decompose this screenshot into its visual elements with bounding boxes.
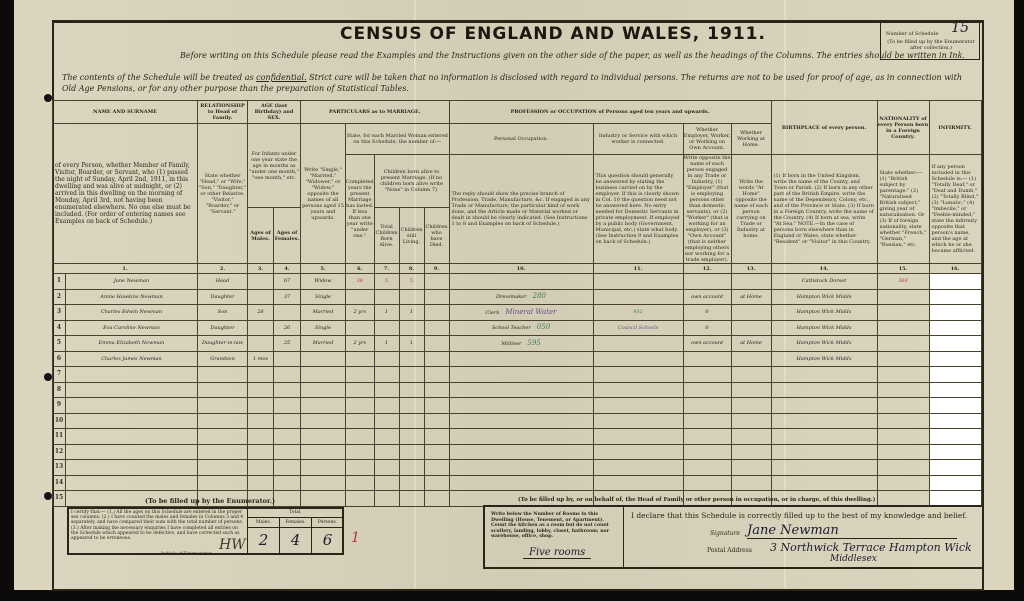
infirmity-cell	[929, 460, 981, 476]
marital-status-cell	[301, 460, 346, 476]
census-table: NAME AND SURNAME RELATIONSHIP to Head of…	[52, 100, 982, 507]
marital-status-cell	[301, 367, 346, 383]
age-male-cell	[248, 289, 274, 305]
postal-address-line1: 3 Northwick Terrace Hampton Wick	[770, 541, 972, 554]
working-at-home-cell	[731, 475, 771, 491]
name-cell: Annie Hawkins Newman	[66, 289, 198, 305]
employer-status-cell	[683, 444, 731, 460]
nationality-cell	[877, 305, 929, 321]
children-total-cell	[374, 382, 399, 398]
column-number: 14.	[771, 264, 877, 274]
occupation-text: Clerk	[486, 310, 500, 316]
postal-address-label: Postal Address	[707, 547, 752, 554]
children-living-cell	[399, 460, 424, 476]
age-male-cell	[248, 429, 274, 445]
marital-status-cell	[301, 413, 346, 429]
header-industry: Industry or Service with which worker is…	[593, 124, 683, 155]
children-total-cell: 5	[374, 274, 399, 290]
relationship-cell	[198, 444, 248, 460]
years-married-cell: 2 yrs	[346, 336, 375, 352]
occupation-cell: ClerkMineral Water	[449, 305, 593, 321]
row-number: 14	[53, 475, 66, 491]
table-row: 8	[53, 382, 982, 398]
name-cell	[66, 382, 198, 398]
employer-status-cell	[683, 429, 731, 445]
age-female-cell: 25	[274, 336, 301, 352]
years-married-cell	[346, 367, 375, 383]
relationship-cell: Son	[198, 305, 248, 321]
occupation-code: 050	[537, 323, 550, 331]
infirmity-cell	[929, 475, 981, 491]
persons-label: Persons.	[312, 518, 343, 528]
name-cell: Jane Newman	[66, 274, 198, 290]
name-cell: Eva Caroline Newman	[66, 320, 198, 336]
header-nationality: NATIONALITY of every Person born in a Fo…	[877, 101, 929, 155]
row-number: 10	[53, 413, 66, 429]
birthplace-cell: Hampton Wick Middx	[771, 336, 877, 352]
working-at-home-cell	[731, 305, 771, 321]
age-female-cell	[274, 429, 301, 445]
industry-cell	[593, 351, 683, 367]
desc-years-married: Completed years the present Marriage has…	[346, 155, 375, 264]
employer-status-cell	[683, 398, 731, 414]
column-number: 5.	[301, 264, 346, 274]
name-cell: Charles Edwin Newman	[66, 305, 198, 321]
nationality-cell	[877, 491, 929, 507]
enumerator-section-title: (To be filled up by the Enumerator.)	[145, 497, 275, 505]
row-number: 1	[53, 274, 66, 290]
desc-infirmity: If any person included in this Schedule …	[929, 155, 981, 264]
table-row: 9	[53, 398, 982, 414]
infirmity-cell	[929, 351, 981, 367]
working-at-home-cell: at Home	[731, 336, 771, 352]
header-employer: Whether Employer, Worker, or Working on …	[683, 124, 731, 155]
industry-cell: 932	[593, 305, 683, 321]
infirmity-cell	[929, 444, 981, 460]
signature-value: Jane Newman	[747, 523, 957, 539]
infirmity-cell	[929, 274, 981, 290]
relationship-cell: Daughter-in-law	[198, 336, 248, 352]
industry-cell	[593, 460, 683, 476]
working-at-home-cell	[731, 460, 771, 476]
children-died-cell	[424, 475, 449, 491]
name-cell: Emma Elizabeth Newman	[66, 336, 198, 352]
working-at-home-cell	[731, 351, 771, 367]
row-number: 9	[53, 398, 66, 414]
desc-marriage-write: Write "Single," "Married," "Widower," or…	[301, 124, 346, 264]
industry-cell	[593, 444, 683, 460]
column-number: 13.	[731, 264, 771, 274]
children-total-cell	[374, 351, 399, 367]
punch-hole	[44, 492, 52, 500]
table-row: 11	[53, 429, 982, 445]
signature-label: Signature	[710, 530, 740, 537]
age-female-cell	[274, 444, 301, 460]
marital-status-cell: Married	[301, 336, 346, 352]
confidential-notice: The contents of the Schedule will be tre…	[62, 72, 962, 94]
working-at-home-cell	[731, 444, 771, 460]
table-row: 13	[53, 460, 982, 476]
row-number: 11	[53, 429, 66, 445]
header-marriage: PARTICULARS as to MARRIAGE.	[301, 101, 450, 124]
marital-status-cell	[301, 444, 346, 460]
header-birthplace: BIRTHPLACE of every person.	[771, 101, 877, 155]
desc-industry: This question should generally be answer…	[593, 155, 683, 264]
years-married-cell	[346, 289, 375, 305]
birthplace-cell: Hampton Wick Midds	[771, 320, 877, 336]
age-female-cell	[274, 398, 301, 414]
children-total-cell	[374, 398, 399, 414]
name-cell	[66, 460, 198, 476]
children-living-cell	[399, 429, 424, 445]
header-children-died: Children who have Died.	[424, 208, 449, 264]
employer-status-cell	[683, 274, 731, 290]
relationship-cell	[198, 367, 248, 383]
header-ages-males: Ages of Males.	[248, 208, 274, 264]
children-died-cell	[424, 398, 449, 414]
years-married-cell	[346, 398, 375, 414]
years-married-cell	[346, 460, 375, 476]
working-at-home-cell	[731, 429, 771, 445]
birthplace-cell: Cattistock Dorset	[771, 274, 877, 290]
infirmity-cell	[929, 367, 981, 383]
employer-status-cell	[683, 351, 731, 367]
schedule-number-note: (To be filled up by the Enumerator after…	[886, 39, 976, 51]
name-cell	[66, 367, 198, 383]
row-number: 6	[53, 351, 66, 367]
occupation-text: Dressmaker	[496, 294, 527, 300]
name-cell: Charles James Newman	[66, 351, 198, 367]
industry-cell	[593, 367, 683, 383]
marital-status-cell: Widow	[301, 274, 346, 290]
males-label: Males.	[248, 518, 280, 528]
table-row: 4Eva Caroline NewmanDaughter26SingleScho…	[53, 320, 982, 336]
birthplace-cell: Hampton Wick Midds	[771, 289, 877, 305]
instruction-text: Before writing on this Schedule please r…	[180, 51, 965, 60]
years-married-cell	[346, 444, 375, 460]
column-number: 4.	[274, 264, 301, 274]
children-died-cell	[424, 367, 449, 383]
header-name: NAME AND SURNAME	[53, 101, 198, 124]
punch-hole	[44, 373, 52, 381]
infirmity-cell	[929, 429, 981, 445]
years-married-cell	[346, 491, 375, 507]
relationship-cell: Daughter	[198, 289, 248, 305]
desc-home: Write the words "At Home" opposite the n…	[731, 155, 771, 264]
children-living-cell	[399, 289, 424, 305]
age-male-cell	[248, 320, 274, 336]
working-at-home-cell	[731, 413, 771, 429]
occupation-cell	[449, 475, 593, 491]
children-died-cell	[424, 429, 449, 445]
children-total-cell	[374, 460, 399, 476]
column-number: 15.	[877, 264, 929, 274]
males-total: 2	[248, 528, 280, 553]
initials-value: HW	[219, 537, 246, 553]
employer-status-cell: 0	[683, 320, 731, 336]
row-number: 7	[53, 367, 66, 383]
column-number: 3.	[248, 264, 274, 274]
nationality-cell: 360	[877, 274, 929, 290]
marital-status-cell	[301, 398, 346, 414]
postal-address-line2: Middlesex	[830, 554, 877, 564]
marital-status-cell	[301, 382, 346, 398]
relationship-cell	[198, 382, 248, 398]
column-number: 9.	[424, 264, 449, 274]
page-title: CENSUS OF ENGLAND AND WALES, 1911.	[340, 24, 766, 44]
children-total-cell	[374, 475, 399, 491]
age-male-cell: 1 mos	[248, 351, 274, 367]
nationality-cell	[877, 398, 929, 414]
children-living-cell	[399, 413, 424, 429]
age-male-cell	[248, 413, 274, 429]
table-row: 10	[53, 413, 982, 429]
marital-status-cell	[301, 491, 346, 507]
infirmity-cell	[929, 413, 981, 429]
occupation-code: 280	[533, 292, 546, 300]
age-male-cell	[248, 444, 274, 460]
relationship-cell	[198, 413, 248, 429]
working-at-home-cell	[731, 274, 771, 290]
desc-birthplace: (1) If born in the United Kingdom, write…	[771, 155, 877, 264]
age-female-cell	[274, 382, 301, 398]
industry-cell	[593, 289, 683, 305]
industry-cell	[593, 336, 683, 352]
desc-employer: Write opposite the name of each person e…	[683, 155, 731, 264]
name-cell	[66, 413, 198, 429]
infirmity-cell	[929, 382, 981, 398]
age-male-cell	[248, 460, 274, 476]
rooms-box: Write below the Number of Rooms in this …	[485, 507, 624, 567]
age-male-cell	[248, 274, 274, 290]
age-male-cell	[248, 382, 274, 398]
birthplace-cell	[771, 460, 877, 476]
nationality-cell	[877, 413, 929, 429]
column-number: 1.	[53, 264, 198, 274]
schedule-number-label: Number of Schedule	[886, 31, 938, 37]
occupation-cell	[449, 398, 593, 414]
birthplace-cell: Hampton Wick Middx	[771, 351, 877, 367]
industry-cell: Council Schools	[593, 320, 683, 336]
relationship-cell	[198, 398, 248, 414]
age-male-cell	[248, 398, 274, 414]
age-male-cell: 28	[248, 305, 274, 321]
nationality-cell	[877, 382, 929, 398]
birthplace-cell	[771, 429, 877, 445]
employer-status-cell	[683, 367, 731, 383]
marital-status-cell	[301, 351, 346, 367]
infirmity-cell	[929, 305, 981, 321]
declaration-text: I declare that this Schedule is correctl…	[631, 511, 967, 520]
children-total-cell	[374, 413, 399, 429]
desc-personal-occupation: The reply should show the precise branch…	[449, 155, 593, 264]
employer-status-cell	[683, 475, 731, 491]
years-married-cell	[346, 382, 375, 398]
birthplace-cell	[771, 413, 877, 429]
nationality-cell	[877, 351, 929, 367]
children-living-cell	[399, 475, 424, 491]
relationship-cell	[198, 475, 248, 491]
birthplace-cell	[771, 382, 877, 398]
infirmity-cell	[929, 289, 981, 305]
employer-status-cell: 0	[683, 305, 731, 321]
age-female-cell	[274, 413, 301, 429]
females-label: Females.	[280, 518, 312, 528]
females-total: 4	[280, 528, 312, 553]
years-married-cell	[346, 351, 375, 367]
children-living-cell: 1	[399, 336, 424, 352]
occupation-text: Milliner	[501, 341, 521, 347]
desc-children: Children born alive to present Marriage.…	[374, 155, 449, 208]
age-female-cell	[274, 305, 301, 321]
working-at-home-cell	[731, 398, 771, 414]
nationality-cell	[877, 367, 929, 383]
children-died-cell	[424, 336, 449, 352]
age-female-cell	[274, 367, 301, 383]
relationship-cell	[198, 429, 248, 445]
children-died-cell	[424, 444, 449, 460]
header-age: AGE (last Birthday) and SEX.	[248, 101, 301, 124]
age-male-cell	[248, 475, 274, 491]
header-total-children: Total Children Born Alive.	[374, 208, 399, 264]
desc-age: For Infants under one year state the age…	[248, 124, 301, 208]
marital-status-cell: Single	[301, 289, 346, 305]
children-living-cell	[399, 398, 424, 414]
occupation-code: Mineral Water	[505, 308, 556, 316]
confidential-pre: The contents of the Schedule will be tre…	[62, 73, 254, 82]
nationality-cell	[877, 429, 929, 445]
confidential-word: confidential.	[256, 73, 306, 82]
relationship-cell	[198, 460, 248, 476]
children-living-cell	[399, 367, 424, 383]
desc-nationality: State whether:— (1) "British subject by …	[877, 155, 929, 264]
children-died-cell	[424, 460, 449, 476]
table-row: 12	[53, 444, 982, 460]
occupation-cell	[449, 274, 593, 290]
children-died-cell	[424, 320, 449, 336]
header-home: Whether Working at Home.	[731, 124, 771, 155]
age-female-cell: 37	[274, 289, 301, 305]
years-married-cell: 2 yrs	[346, 305, 375, 321]
row-number: 12	[53, 444, 66, 460]
children-died-cell	[424, 382, 449, 398]
row-number: 5	[53, 336, 66, 352]
relationship-cell: Daughter	[198, 320, 248, 336]
birthplace-cell	[771, 398, 877, 414]
table-row: 3Charles Edwin NewmanSon28Married2 yrs11…	[53, 305, 982, 321]
row-number: 2	[53, 289, 66, 305]
employer-status-cell	[683, 460, 731, 476]
name-cell	[66, 398, 198, 414]
nationality-cell	[877, 289, 929, 305]
children-living-cell: 1	[399, 305, 424, 321]
nationality-cell	[877, 460, 929, 476]
working-at-home-cell	[731, 320, 771, 336]
rooms-value: Five rooms	[523, 547, 591, 559]
totals-box: Total. Males. Females. Persons. 2 4 6	[247, 509, 343, 553]
rooms-instruction: Write below the Number of Rooms in this …	[491, 512, 619, 540]
header-children-living: Children still Living.	[399, 208, 424, 264]
occupation-cell	[449, 351, 593, 367]
years-married-cell	[346, 413, 375, 429]
infirmity-cell	[929, 398, 981, 414]
age-female-cell	[274, 475, 301, 491]
row-number: 3	[53, 305, 66, 321]
initials-label: Initials of Enumerator	[161, 552, 212, 557]
occupation-code: 595	[527, 339, 540, 347]
children-living-cell	[399, 444, 424, 460]
age-female-cell: 67	[274, 274, 301, 290]
children-total-cell	[374, 289, 399, 305]
employer-status-cell: own account	[683, 289, 731, 305]
birthplace-cell	[771, 475, 877, 491]
occupation-cell: Dressmaker280	[449, 289, 593, 305]
punch-hole	[44, 94, 52, 102]
birthplace-cell	[771, 367, 877, 383]
totals-label: Total.	[248, 509, 343, 518]
children-died-cell	[424, 413, 449, 429]
column-number: 8.	[399, 264, 424, 274]
industry-cell	[593, 413, 683, 429]
children-living-cell	[399, 491, 424, 507]
children-living-cell	[399, 320, 424, 336]
years-married-cell	[346, 320, 375, 336]
employer-status-cell	[683, 382, 731, 398]
row-number: 4	[53, 320, 66, 336]
infirmity-cell	[929, 336, 981, 352]
header-occupation: PROFESSION or OCCUPATION of Persons aged…	[449, 101, 771, 124]
schedule-number-box: Number of Schedule 15 (To be filled up b…	[880, 22, 980, 60]
age-female-cell: 26	[274, 320, 301, 336]
name-cell	[66, 475, 198, 491]
header-infirmity: INFIRMITY.	[929, 101, 981, 155]
enumerator-certificate-box: I certify that:— (1.) All the ages on th…	[67, 507, 344, 555]
industry-cell	[593, 475, 683, 491]
desc-marriage-state: State, for each Married Woman entered on…	[346, 124, 450, 155]
children-living-cell	[399, 351, 424, 367]
children-died-cell	[424, 491, 449, 507]
marital-status-cell	[301, 475, 346, 491]
desc-name: of every Person, whether Member of Famil…	[53, 124, 198, 264]
persons-total: 6	[312, 528, 343, 553]
employer-status-cell: own account	[683, 336, 731, 352]
infirmity-cell	[929, 320, 981, 336]
children-total-cell	[374, 429, 399, 445]
age-female-cell	[274, 460, 301, 476]
occupation-cell	[449, 413, 593, 429]
working-at-home-cell: at Home	[731, 289, 771, 305]
occupation-text: School Teacher	[492, 325, 531, 331]
industry-cell	[593, 382, 683, 398]
children-living-cell	[399, 382, 424, 398]
children-died-cell	[424, 351, 449, 367]
column-number: 16.	[929, 264, 981, 274]
column-number: 7.	[374, 264, 399, 274]
birthplace-cell: Hampton Wick Middx	[771, 305, 877, 321]
marital-status-cell: Single	[301, 320, 346, 336]
table-row: 5Emma Elizabeth NewmanDaughter-in-law25M…	[53, 336, 982, 352]
table-row: 1Jane NewmanHead67Widow3855Cattistock Do…	[53, 274, 982, 290]
working-at-home-cell	[731, 367, 771, 383]
header-ages-females: Ages of Females.	[274, 208, 301, 264]
industry-cell	[593, 429, 683, 445]
age-female-cell	[274, 351, 301, 367]
employer-status-cell	[683, 413, 731, 429]
relationship-cell: Head	[198, 274, 248, 290]
children-total-cell	[374, 491, 399, 507]
header-relationship: RELATIONSHIP to Head of Family.	[198, 101, 248, 124]
row-number: 8	[53, 382, 66, 398]
